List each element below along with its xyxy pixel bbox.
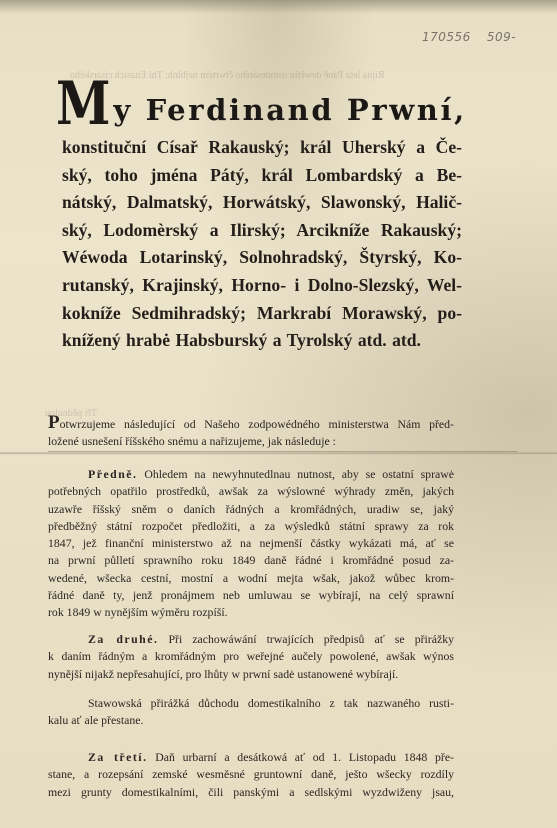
section-line: kalu ať ale přestane.: [48, 712, 454, 729]
paper-fold: [0, 452, 557, 455]
section-line: Ohledem na newyhnutedlnau nutnost, aby s…: [144, 467, 454, 481]
section-line: předběžný státní rozpočet předložiti, a …: [48, 518, 454, 535]
section-line: mezi grunty domestikalními, čili panským…: [48, 784, 454, 801]
archive-number: 170556: [422, 30, 471, 44]
section-third: Za třetí. Daň urbarní a desátkowá ať od …: [48, 749, 454, 801]
section-line: rok 1849 w nynějším wýměru rozpíší.: [48, 604, 454, 621]
titles-line: rutanský, Krajinský, Horno- i Dolno-Slez…: [62, 272, 462, 300]
section-line: potřebných opatřilo prostředků, awšak za…: [48, 483, 454, 500]
section-line: Daň urbarní a desátkowá ať od 1. Listopa…: [155, 750, 454, 764]
imperial-titles: konstituční Císař Rakauský; král Uherský…: [62, 134, 462, 355]
section-heading: Předně.: [88, 467, 138, 481]
titles-line: ský, toho jména Pátý, král Lombardský a …: [62, 162, 462, 190]
archive-handwritten-note: 170556509-: [422, 30, 532, 44]
section-stawowska: Stawowská přirážká důchodu domestikalníh…: [48, 695, 454, 730]
titles-line: kokníže Sedmihradský; Markrabí Morawský,…: [62, 300, 462, 328]
titles-line: nátský, Dalmatský, Horwátský, Slawonský,…: [62, 189, 462, 217]
intro-line: ložené usnešení říšského snému a nařizuj…: [48, 433, 454, 450]
section-line: řádné daně ty, jenž pronájmem neb umluwa…: [48, 587, 454, 604]
section-heading: Za třetí.: [88, 750, 148, 764]
section-line: na prwní půlletí sprawního roku 1849 dan…: [48, 552, 454, 569]
title-initial: M: [56, 78, 110, 130]
section-line: nynější nijakž nepřesahující, pro lhůty …: [48, 666, 454, 683]
section-line: Stawowská přirážká důchodu domestikalníh…: [48, 695, 454, 712]
intro-paragraph: Potwrzujeme následující od Našeho zodpow…: [48, 416, 454, 451]
archive-code: 509-: [487, 30, 516, 44]
title-text: y Ferdinand Prwní,: [113, 93, 466, 127]
page-shadow: [0, 0, 557, 14]
titles-line: konstituční Císař Rakauský; král Uherský…: [62, 134, 462, 162]
titles-line: knížený hrabė Habsburský a Tyrolský atd.…: [62, 327, 462, 355]
section-first: Předně. Ohledem na newyhnutedlnau nutnos…: [48, 466, 454, 622]
section-line: wedené, wšecka cestní, mostní a wodní me…: [48, 570, 454, 587]
proclamation-title: My Ferdinand Prwní,: [56, 78, 466, 130]
document-page: 170556509- Rijna leta Páně dewětiu osmde…: [0, 0, 557, 828]
section-line: stane, a rozepsání zemské wesměsné grunt…: [48, 766, 454, 783]
section-line: Při zachowáwání trwajících předpisů ať s…: [169, 632, 455, 646]
section-line: k daním řádným a kromřádným pro weřejné …: [48, 648, 454, 665]
drop-cap: P: [48, 412, 60, 433]
section-line: uzawře říšský sněm o daních řádných a kr…: [48, 501, 454, 518]
section-heading: Za druhé.: [88, 632, 158, 646]
titles-line: Wéwoda Lotarinský, Solnohradský, Štyrský…: [62, 244, 462, 272]
intro-line: otwrzujeme následující od Našeho zodpowé…: [60, 417, 454, 431]
titles-line: ský, Lodomèrský a Ilirský; Arcikníže Rak…: [62, 217, 462, 245]
section-second: Za druhé. Při zachowáwání trwajících pře…: [48, 631, 454, 683]
section-line: 1847, jež finanční ministerstwo až na ne…: [48, 535, 454, 552]
